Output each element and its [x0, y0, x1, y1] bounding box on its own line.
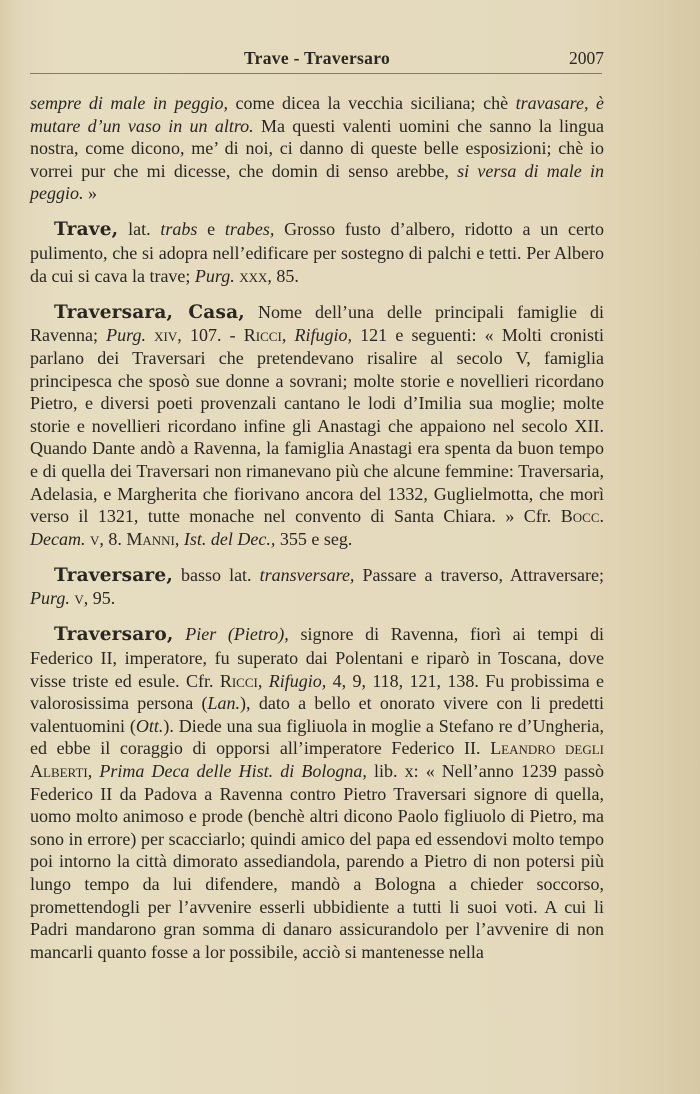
citation: Purg. [30, 588, 70, 608]
citation-ref: v, 95. [70, 588, 115, 608]
text: 355 e seg. [275, 529, 352, 549]
author-name: Manni [126, 529, 175, 549]
citation-ref: v, 8. [85, 529, 126, 549]
headword: Traversaro, [54, 624, 174, 645]
headword: Traversare, [54, 565, 173, 586]
text: » [84, 183, 98, 203]
work-title: Decam. [30, 529, 85, 549]
work-title: Rifugio, [269, 671, 327, 691]
headword: Trave, [54, 219, 118, 240]
running-title: Trave - Traversaro [30, 48, 604, 69]
citation-ref: xxx, 85. [235, 266, 299, 286]
author-name: Ricci [244, 325, 282, 345]
text: e [197, 219, 224, 239]
work-title: Rifugio, [294, 325, 352, 345]
header-rule [30, 73, 602, 74]
entry-trave: Trave, lat. trabs e trabes, Grosso fusto… [30, 218, 604, 287]
text [174, 624, 186, 644]
text: come dicea la vecchia siciliana; chè [228, 93, 516, 113]
continuation-paragraph: sempre di male in peggio, come dicea la … [30, 92, 604, 205]
page-header: Trave - Traversaro 2007 [30, 44, 604, 74]
text: lat. [118, 219, 160, 239]
headword: Traversara, Casa, [54, 302, 245, 323]
citation: Purg. [195, 266, 235, 286]
author-name: Bocc. [561, 506, 604, 526]
latin-term: trabes, [225, 219, 275, 239]
text: , [88, 761, 100, 781]
work-title: Prima Deca delle Hist. di Bologna, [99, 761, 367, 781]
page-number: 2007 [569, 48, 604, 69]
text: , [258, 671, 269, 691]
text: lib. x: « Nell’anno 1239 passò Federico … [30, 761, 604, 962]
text: , [175, 529, 184, 549]
page-body: sempre di male in peggio, come dicea la … [30, 92, 604, 963]
entry-traversaro: Traversaro, Pier (Pietro), signore di Ra… [30, 623, 604, 963]
work-title: Ist. del Dec., [184, 529, 275, 549]
text: basso lat. [173, 565, 260, 585]
text: Passare a traverso, Attraversare; [354, 565, 604, 585]
author-name: Ricci [220, 671, 258, 691]
commentator-abbr: Ott. [136, 716, 164, 736]
commentator-abbr: Lan. [208, 693, 241, 713]
entry-traversare: Traversare, basso lat. transversare, Pas… [30, 564, 604, 610]
latin-term: transversare, [260, 565, 355, 585]
entry-traversara-casa: Traversara, Casa, Nome dell’una delle pr… [30, 301, 604, 551]
text: 121 e seguenti: « Molti cronisti parlano… [30, 325, 604, 526]
citation: Purg. [106, 325, 146, 345]
italic-quote: sempre di male in peggio, [30, 93, 228, 113]
name-italic: Pier (Pietro), [185, 624, 289, 644]
text: , [282, 325, 295, 345]
latin-term: trabs [160, 219, 197, 239]
citation-ref: xiv, 107. - [146, 325, 244, 345]
